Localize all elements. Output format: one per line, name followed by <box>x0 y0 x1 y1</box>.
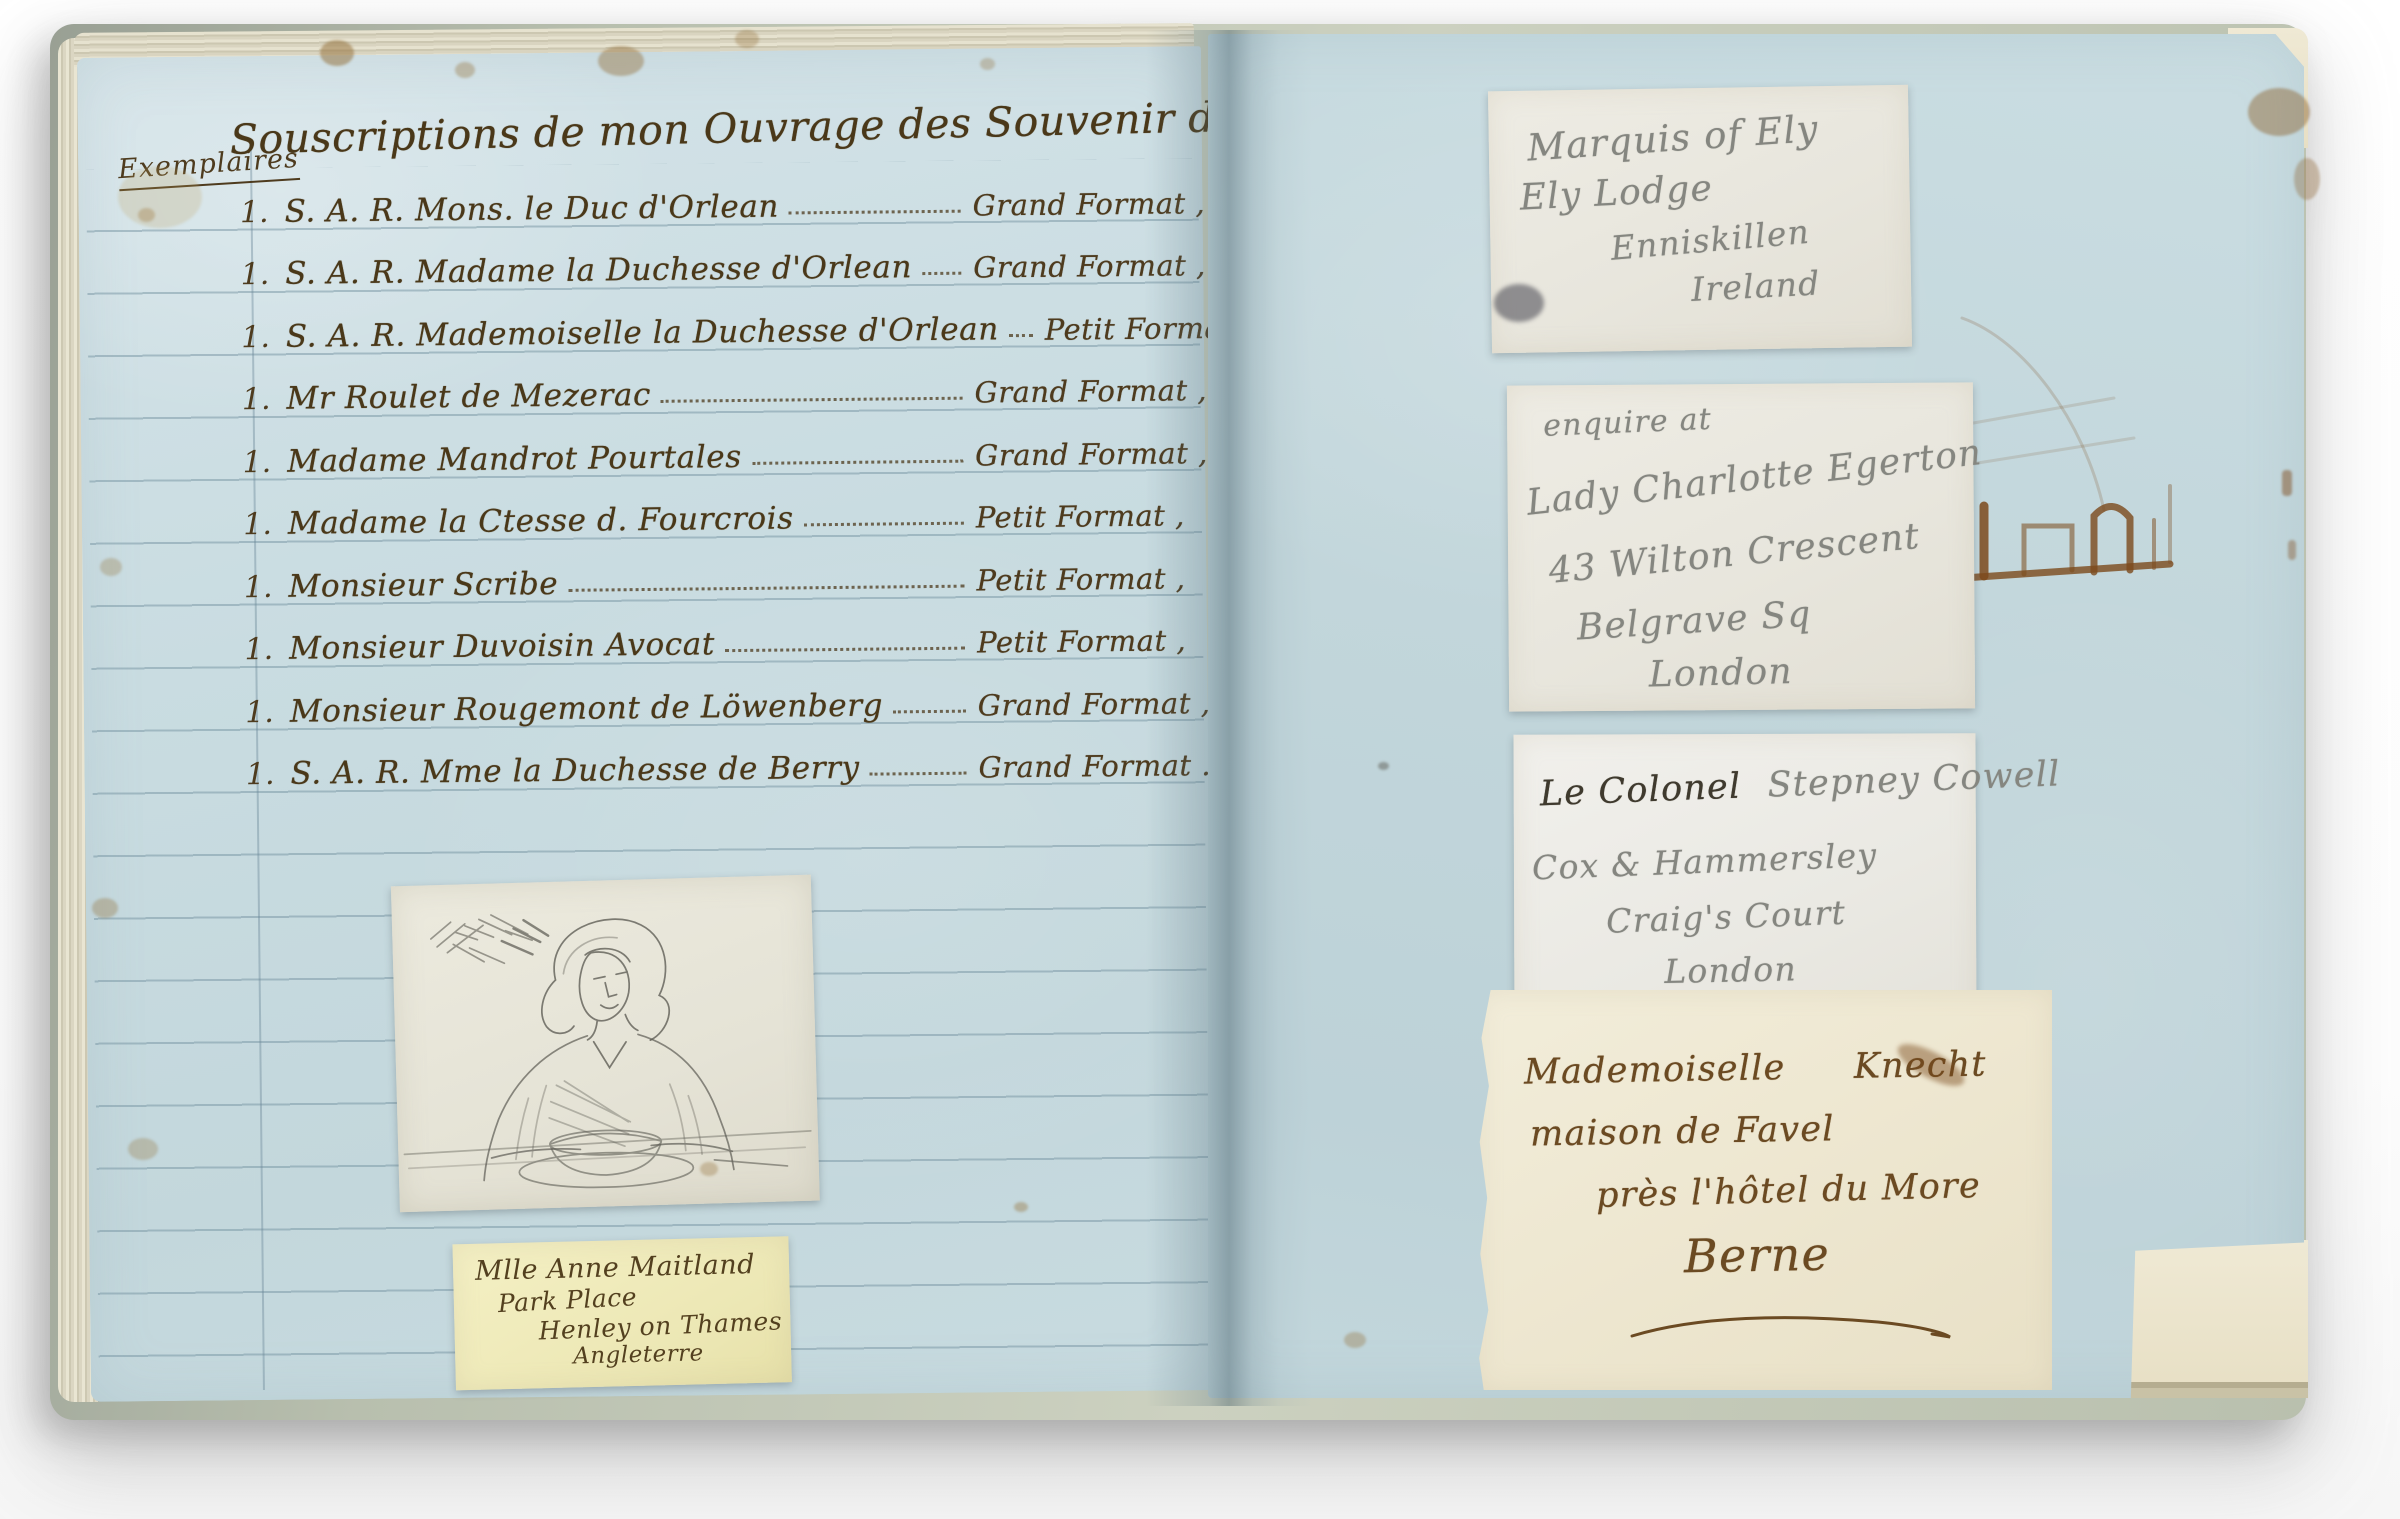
sketch-drawing <box>391 875 820 1213</box>
subscription-list: 1. S. A. R. Mons. le Duc d'Orlean Grand … <box>226 164 1196 799</box>
address-slip-egerton: enquire at Lady Charlotte Egerton 43 Wil… <box>1507 382 1975 711</box>
slip-line: maison de Favel <box>1530 1107 2053 1154</box>
dotted-leader <box>804 522 964 527</box>
subscription-row: 1. S. A. R. Madame la Duchesse d'Orlean … <box>227 227 1192 300</box>
slip-line: Angleterre <box>573 1339 792 1368</box>
slip-line: Marquis of Ely <box>1526 103 1910 169</box>
format-label: Petit Format , <box>977 623 1195 659</box>
dotted-leader <box>893 709 966 713</box>
subscriber-name: S. A. R. Mademoiselle la Duchesse d'Orle… <box>286 311 999 354</box>
slip-line: Ireland <box>1690 261 1912 308</box>
address-slip-cowell: Le Colonel Stepney Cowell Cox & Hammersl… <box>1513 733 1976 1035</box>
dotted-leader <box>661 397 963 403</box>
underleaf-corner-bottom-right <box>2128 1240 2308 1398</box>
slip-line: Craig's Court <box>1606 890 1977 940</box>
slip-word: Mademoiselle <box>1524 1048 1786 1093</box>
slip-line: Cox & Hammersley <box>1531 833 1976 886</box>
subscriber-name: S. A. R. Madame la Duchesse d'Orlean <box>285 249 912 292</box>
subscriber-name: Mr Roulet de Mezerac <box>286 377 651 417</box>
pencil-sketch-woman-in-bonnet <box>391 875 820 1213</box>
format-label: Grand Format , <box>975 436 1193 472</box>
dotted-leader <box>752 459 963 464</box>
copy-count: 1. <box>229 444 287 480</box>
copy-count: 1. <box>232 694 290 730</box>
address-slip-knecht: Mademoiselle Knecht maison de Favel près… <box>1478 990 2052 1390</box>
copy-count: 1. <box>230 507 288 543</box>
subscription-row: 1. Madame la Ctesse d. Fourcrois Petit F… <box>229 477 1194 550</box>
slip-line: enquire at <box>1543 393 1974 443</box>
address-slip-ely: Marquis of Ely Ely Lodge Enniskillen Ire… <box>1488 85 1912 354</box>
dotted-leader <box>789 209 961 214</box>
subscription-row: 1. Mr Roulet de Mezerac Grand Format , <box>228 352 1193 425</box>
dotted-leader <box>568 584 964 591</box>
slip-line: Belgrave Sq <box>1576 586 1976 648</box>
copy-count: 1. <box>231 632 289 668</box>
copy-count: 1. <box>227 257 285 293</box>
dotted-leader <box>1009 333 1033 336</box>
copy-count: 1. <box>228 319 286 355</box>
subscription-row: 1. Monsieur Rougemont de Löwenberg Grand… <box>231 664 1196 737</box>
subscription-row: 1. Monsieur Duvoisin Avocat Petit Format… <box>231 602 1196 675</box>
slip-line: London <box>1664 948 1977 990</box>
slip-line: Berne <box>1684 1226 2053 1282</box>
notebook: Exemplaires Souscriptions de mon Ouvrage… <box>0 0 2400 1519</box>
format-label: Grand Format , <box>974 373 1192 409</box>
slip-name-pencil: Stepney Cowell <box>1767 754 2061 805</box>
subscription-row: 1. Madame Mandrot Pourtales Grand Format… <box>229 414 1194 487</box>
format-label: Petit Format , <box>976 498 1194 534</box>
format-label: Grand Format , <box>973 248 1191 284</box>
dotted-leader <box>922 272 961 275</box>
subscription-row: 1. Monsieur Scribe Petit Format , <box>230 539 1195 612</box>
format-label: Petit Format , <box>976 561 1194 597</box>
slip-line: Mademoiselle Knecht <box>1524 1045 2053 1092</box>
right-page: Marquis of Ely Ely Lodge Enniskillen Ire… <box>1208 34 2304 1398</box>
slip-word: Knecht <box>1853 1045 1986 1087</box>
dotted-leader <box>725 647 965 653</box>
copy-count: 1. <box>226 194 284 230</box>
format-label: Grand Format . <box>978 748 1196 784</box>
copy-count: 1. <box>230 569 288 605</box>
signature-flourish <box>1628 1310 1958 1344</box>
slip-line: London <box>1648 649 1975 696</box>
slip-line: 43 Wilton Crescent <box>1547 513 1975 592</box>
copy-count: 1. <box>228 382 286 418</box>
left-page: Exemplaires Souscriptions de mon Ouvrage… <box>77 46 1215 1402</box>
subscriber-name: Monsieur Duvoisin Avocat <box>289 626 715 666</box>
slip-line: Le Colonel Stepney Cowell <box>1539 760 1976 815</box>
photograph-of-open-subscription-notebook: Exemplaires Souscriptions de mon Ouvrage… <box>0 0 2400 1519</box>
subscriber-name: Monsieur Rougemont de Löwenberg <box>290 687 884 729</box>
address-slip-maitland: Mlle Anne Maitland Park Place Henley on … <box>452 1236 791 1390</box>
slip-name-ink: Le Colonel <box>1539 767 1742 815</box>
format-label: Grand Format , <box>972 186 1190 222</box>
page-heading: Exemplaires Souscriptions de mon Ouvrage… <box>77 72 1201 84</box>
dotted-leader <box>870 772 967 776</box>
subscriber-name: S. A. R. Mme la Duchesse de Berry <box>290 750 860 792</box>
subscriber-name: Madame Mandrot Pourtales <box>287 438 742 479</box>
subscriber-name: Madame la Ctesse d. Fourcrois <box>288 500 794 541</box>
copy-count: 1. <box>232 757 290 793</box>
slip-line: près l'hôtel du More <box>1596 1166 2053 1216</box>
slip-line: Enniskillen <box>1609 205 1911 266</box>
subscription-row: 1. S. A. R. Mademoiselle la Duchesse d'O… <box>228 289 1193 362</box>
subscription-row: 1. S. A. R. Mons. le Duc d'Orlean Grand … <box>226 164 1191 237</box>
slip-line: Lady Charlotte Egerton <box>1525 435 1975 524</box>
subscriber-name: Monsieur Scribe <box>288 565 558 604</box>
subscriber-name: S. A. R. Mons. le Duc d'Orlean <box>284 188 779 229</box>
subscription-row: 1. S. A. R. Mme la Duchesse de Berry Gra… <box>232 727 1197 800</box>
format-label: Grand Format , <box>978 686 1196 722</box>
